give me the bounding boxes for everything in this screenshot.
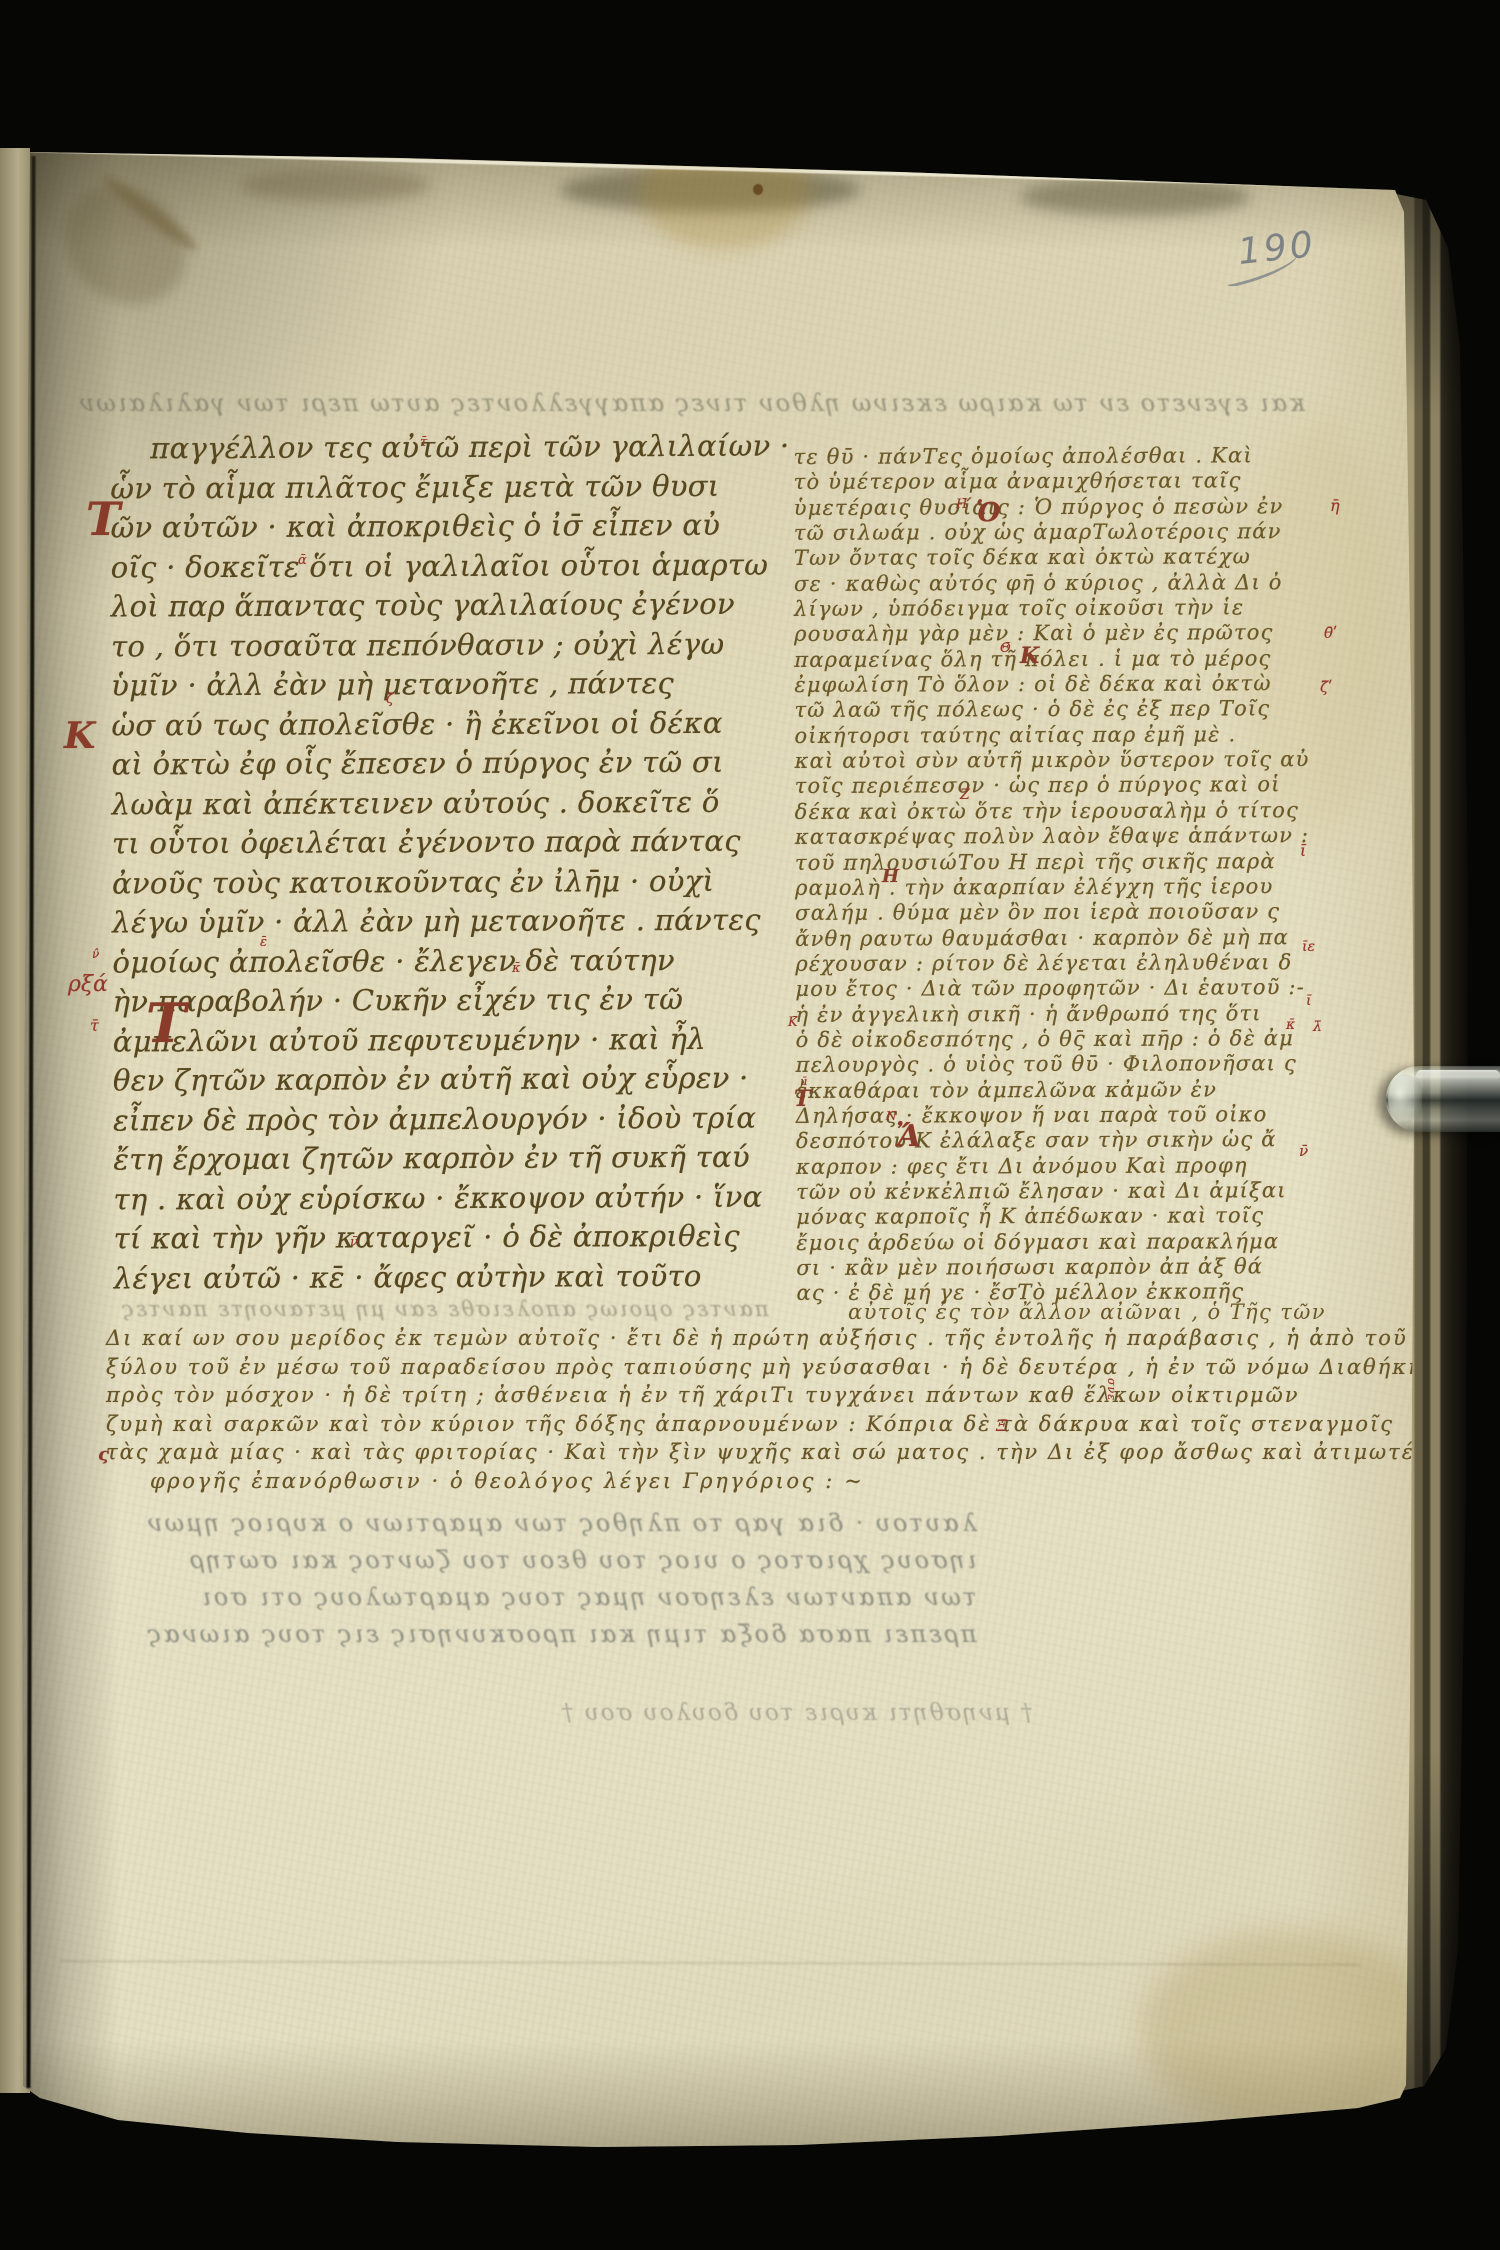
- rubric-mark: Τ: [86, 496, 120, 542]
- rubric-mark: ς: [98, 1446, 109, 1464]
- rubric-mark: σνε: [1106, 1378, 1117, 1401]
- rubric-mark: ε̄: [260, 936, 267, 949]
- rubric-mark: Κ: [1020, 645, 1039, 667]
- rubric-mark: Η̄: [956, 498, 967, 511]
- manuscript-page: και εγενετο εν τω καιρω εκεινω ηλθον τιν…: [0, 0, 1500, 2250]
- rubric-mark: Ζ̄: [960, 788, 970, 802]
- rubric-mark: ζ̄ʹ: [1320, 680, 1332, 695]
- rubric-mark: η̄: [1330, 498, 1340, 514]
- folio-number: 190: [1236, 224, 1318, 273]
- rubric-mark: Η: [882, 868, 899, 886]
- rubric-mark: ζ̄: [386, 692, 394, 706]
- rubric-mark: Τ: [794, 1088, 810, 1110]
- rubric-mark: Ὁ: [976, 500, 1000, 526]
- rubric-mark: τ̄: [90, 1018, 99, 1034]
- rubric-layer: ν̂ρξάτ̄ΤΚΤτ̄ᾱζ̄ε̄κ̄ν̄Η̄ὉΘ̄ΚΖ̄ΗΚ̄μ̄ΤΝ̄Ἄη̄…: [0, 0, 1500, 2250]
- rubric-mark: κ̄: [1286, 1018, 1295, 1032]
- manuscript-photo: και εγενετο εν τω καιρω εκεινω ηλθον τιν…: [0, 0, 1500, 2250]
- rubric-mark: ν̄: [1299, 1144, 1308, 1159]
- rubric-mark: ν̂: [92, 948, 99, 960]
- rubric-mark: Κ: [64, 718, 95, 754]
- rubric-mark: ῑ: [1306, 994, 1312, 1008]
- page-holder-clip: [1386, 1066, 1500, 1132]
- rubric-mark: Θ̄: [1000, 642, 1011, 655]
- rubric-mark: θ̄ʹ: [1324, 626, 1337, 641]
- rubric-mark: λ̄: [1313, 1020, 1322, 1034]
- rubric-mark: κ̄: [512, 962, 521, 975]
- rubric-mark: Ξ̄: [996, 1418, 1007, 1434]
- rubric-mark: ρξά: [68, 974, 108, 996]
- rubric-mark: ῑε: [1302, 940, 1315, 954]
- rubric-mark: Κ̄: [788, 1016, 798, 1029]
- rubric-mark: Ἄ: [896, 1122, 921, 1152]
- rubric-mark: ᾱ: [298, 554, 307, 567]
- rubric-mark: Ν̄: [886, 1110, 897, 1122]
- rubric-mark: ῑ: [1300, 843, 1306, 859]
- rubric-mark: τ̄: [420, 436, 427, 449]
- rubric-mark: Τ: [146, 996, 186, 1050]
- ink-spot: [1342, 90, 1350, 98]
- rubric-mark: ν̄: [350, 1236, 358, 1249]
